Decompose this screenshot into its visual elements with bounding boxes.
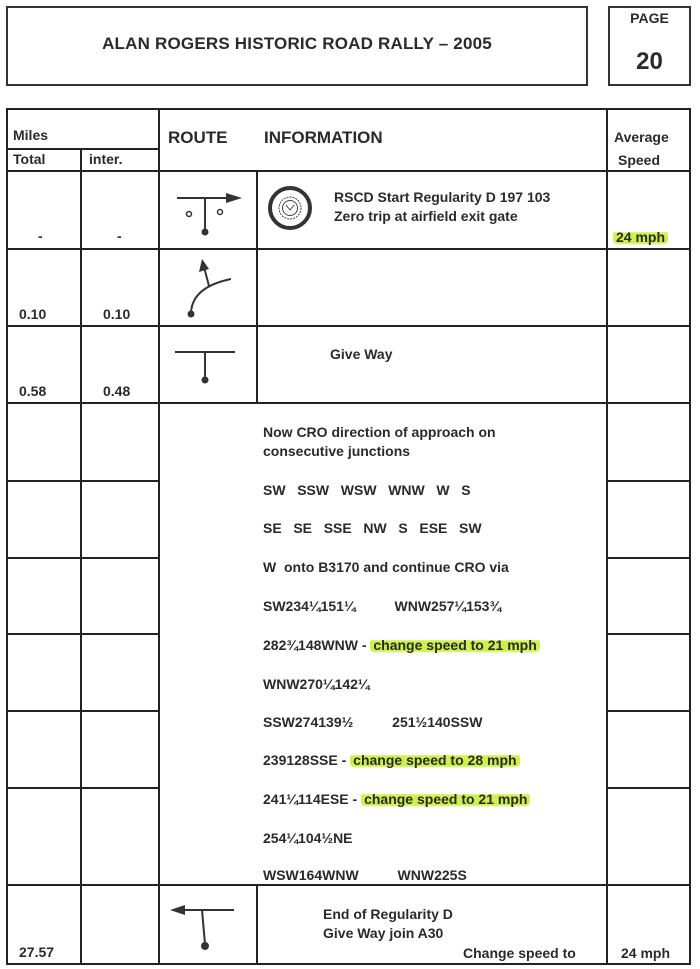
header-route: ROUTE bbox=[168, 128, 228, 148]
t-junction-give-way-icon bbox=[172, 345, 242, 390]
t-junction-right-arrow-icon bbox=[170, 188, 250, 238]
cro-line-text: WSW164WNW WNW225S bbox=[263, 867, 467, 883]
info-line: Give Way join A30 bbox=[323, 924, 443, 943]
total-miles: 27.57 bbox=[19, 944, 54, 960]
document-title: ALAN ROGERS HISTORIC ROAD RALLY – 2005 bbox=[8, 34, 586, 54]
cro-line: SE SE SSE NW S ESE SW bbox=[263, 519, 482, 538]
cro-line: SW SSW WSW WNW W S bbox=[263, 481, 471, 500]
cro-line: 282¾148WNW - change speed to 21 mph bbox=[263, 636, 540, 655]
cro-line-text: SW SSW WSW WNW W S bbox=[263, 482, 471, 498]
cro-line-text: 241¼114ESE - bbox=[263, 791, 361, 807]
inter-miles: 0.10 bbox=[103, 306, 130, 322]
info-line: RSCD Start Regularity D 197 103 bbox=[334, 188, 550, 207]
cro-line: SSW274139½ 251½140SSW bbox=[263, 713, 482, 732]
speed-change-highlight: change speed to 21 mph bbox=[370, 637, 539, 653]
cro-line: SW234¼151¼ WNW257¼153¾ bbox=[263, 597, 501, 616]
header-information: INFORMATION bbox=[264, 128, 383, 148]
title-box: ALAN ROGERS HISTORIC ROAD RALLY – 2005 bbox=[6, 6, 588, 86]
speed-change-highlight: change speed to 21 mph bbox=[361, 791, 530, 807]
average-speed: 24 mph bbox=[613, 229, 668, 245]
cro-line-text: WNW270¼142¼ bbox=[263, 676, 370, 692]
header-speed: Speed bbox=[618, 152, 660, 168]
time-control-clock-icon bbox=[266, 184, 318, 236]
cro-intro: consecutive junctions bbox=[263, 442, 410, 461]
change-speed-label: Change speed to bbox=[463, 944, 576, 963]
info-line: End of Regularity D bbox=[323, 905, 453, 924]
inter-miles: 0.48 bbox=[103, 383, 130, 399]
header-average: Average bbox=[614, 129, 669, 145]
header-miles: Miles bbox=[13, 127, 48, 143]
cro-line: 241¼114ESE - change speed to 21 mph bbox=[263, 790, 530, 809]
total-miles: 0.58 bbox=[19, 383, 46, 399]
page-number: 20 bbox=[610, 48, 689, 76]
cro-line-text: SE SE SSE NW S ESE SW bbox=[263, 520, 482, 536]
header-inter: inter. bbox=[89, 151, 122, 167]
cro-line-text: 254¼104½NE bbox=[263, 830, 353, 846]
info-line: Zero trip at airfield exit gate bbox=[334, 207, 518, 226]
page-label: PAGE bbox=[610, 10, 689, 26]
cro-line: WSW164WNW WNW225S bbox=[263, 866, 467, 885]
total-miles: - bbox=[38, 228, 43, 244]
cro-line-text: SW234¼151¼ WNW257¼153¾ bbox=[263, 598, 501, 614]
inter-miles: - bbox=[117, 228, 122, 244]
total-miles: 0.10 bbox=[19, 306, 46, 322]
cro-line-text: W onto B3170 and continue CRO via bbox=[263, 559, 509, 575]
average-speed: 24 mph bbox=[621, 944, 670, 963]
cro-line-text: SSW274139½ 251½140SSW bbox=[263, 714, 482, 730]
page-box: PAGE 20 bbox=[608, 6, 691, 86]
cro-intro: Now CRO direction of approach on bbox=[263, 423, 496, 442]
speed-highlight: 24 mph bbox=[613, 229, 668, 245]
cro-line: W onto B3170 and continue CRO via bbox=[263, 558, 509, 577]
speed-change-highlight: change speed to 28 mph bbox=[350, 752, 519, 768]
bear-left-curve-arrow-icon bbox=[180, 255, 240, 320]
cro-line: 239128SSE - change speed to 28 mph bbox=[263, 751, 520, 770]
info-line: Give Way bbox=[330, 345, 393, 364]
cro-line-text: 239128SSE - bbox=[263, 752, 350, 768]
cro-line-text: 282¾148WNW - bbox=[263, 637, 370, 653]
t-junction-left-arrow-icon bbox=[168, 900, 243, 958]
cro-line: 254¼104½NE bbox=[263, 829, 353, 848]
cro-line: WNW270¼142¼ bbox=[263, 675, 370, 694]
header-total: Total bbox=[13, 151, 45, 167]
